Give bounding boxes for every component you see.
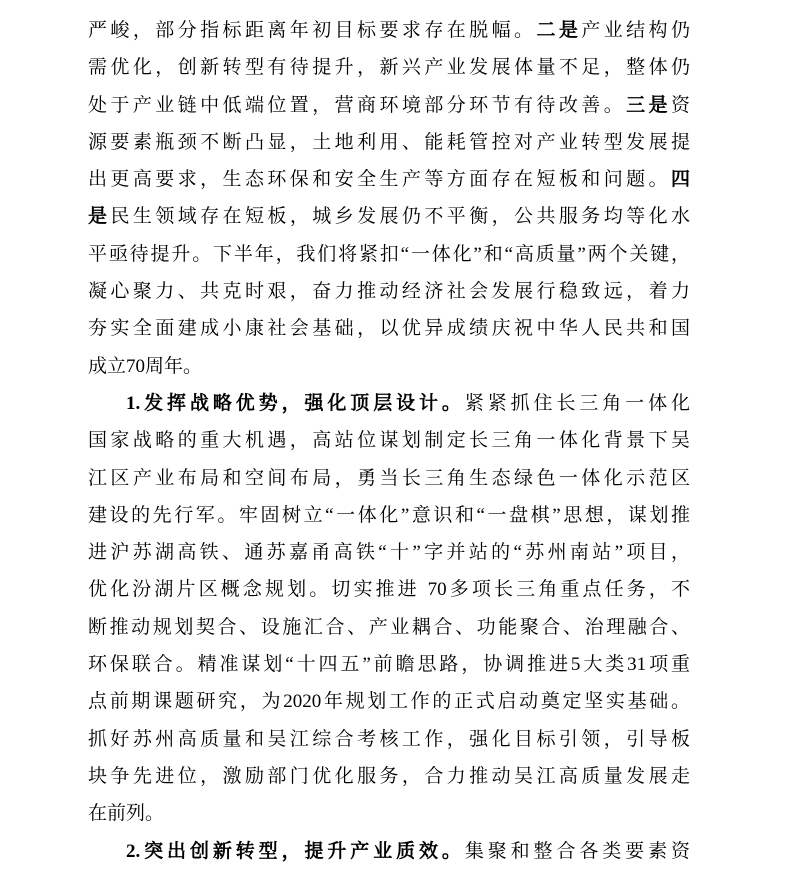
- text-run: 处于产业链中低端位置，营商环境部分环节有待改善。: [88, 95, 626, 116]
- text-block: 严峻，部分指标距离年初目标要求存在脱幅。二是产业结构仍需优化，创新转型有待提升，…: [88, 12, 690, 870]
- bold-text-run: 三是: [626, 95, 671, 116]
- text-run: 集聚和整合各类要素资: [465, 841, 690, 862]
- text-run: 块争先进位，激励部门优化服务，合力推动吴江高质量发展走: [88, 766, 690, 787]
- text-line: 源要素瓶颈不断凸显，土地利用、能耗管控对产业转型发展提: [88, 124, 690, 161]
- text-run: 断推动规划契合、设施汇合、产业耦合、功能聚合、治理融合、: [88, 617, 690, 638]
- text-line: 建设的先行军。牢固树立“一体化”意识和“一盘棋”思想，谋划推: [88, 497, 690, 534]
- text-line: 夯实全面建成小康社会基础，以优异成绩庆祝中华人民共和国: [88, 310, 690, 347]
- text-run: 出更高要求，生态环保和安全生产等方面存在短板和问题。: [88, 169, 671, 190]
- bold-text-run: 二是: [536, 20, 581, 41]
- text-line: 需优化，创新转型有待提升，新兴产业发展体量不足，整体仍: [88, 49, 690, 86]
- text-run: 优化汾湖片区概念规划。切实推进 70多项长三角重点任务，不: [88, 579, 690, 600]
- text-run: 建设的先行军。牢固树立“一体化”意识和“一盘棋”思想，谋划推: [88, 505, 690, 526]
- text-run: 抓好苏州高质量和吴江综合考核工作，强化目标引领，引导板: [88, 729, 690, 750]
- text-line: 国家战略的重大机遇，高站位谋划制定长三角一体化背景下吴: [88, 422, 690, 459]
- text-line: 是民生领域存在短板，城乡发展仍不平衡，公共服务均等化水: [88, 198, 690, 235]
- text-run: 江区产业布局和空间布局，勇当长三角生态绿色一体化示范区: [88, 468, 690, 489]
- text-line: 进沪苏湖高铁、通苏嘉甬高铁“十”字并站的“苏州南站”项目，: [88, 534, 690, 571]
- text-run: 国家战略的重大机遇，高站位谋划制定长三角一体化背景下吴: [88, 430, 690, 451]
- text-run: 环保联合。精准谋划“十四五”前瞻思路，协调推进5大类31项重: [88, 654, 690, 675]
- bold-text-run: 2.突出创新转型，提升产业质效。: [126, 841, 465, 862]
- text-run: 平亟待提升。下半年，我们将紧扣“一体化”和“高质量”两个关键，: [88, 244, 690, 265]
- text-line: 成立70周年。: [88, 348, 690, 385]
- text-line: 点前期课题研究，为2020年规划工作的正式启动奠定坚实基础。: [88, 683, 690, 720]
- bold-text-run: 四: [671, 169, 690, 190]
- text-run: 产业结构仍: [581, 20, 690, 41]
- text-run: 源要素瓶颈不断凸显，土地利用、能耗管控对产业转型发展提: [88, 132, 690, 153]
- text-line: 优化汾湖片区概念规划。切实推进 70多项长三角重点任务，不: [88, 571, 690, 608]
- text-run: 凝心聚力、共克时艰，奋力推动经济社会发展行稳致远，着力: [88, 281, 690, 302]
- text-line: 1.发挥战略优势，强化顶层设计。紧紧抓住长三角一体化: [88, 385, 690, 422]
- text-line: 严峻，部分指标距离年初目标要求存在脱幅。二是产业结构仍: [88, 12, 690, 49]
- text-run: 点前期课题研究，为2020年规划工作的正式启动奠定坚实基础。: [88, 691, 690, 712]
- text-line: 出更高要求，生态环保和安全生产等方面存在短板和问题。四: [88, 161, 690, 198]
- text-line: 处于产业链中低端位置，营商环境部分环节有待改善。三是资: [88, 87, 690, 124]
- text-run: 民生领域存在短板，城乡发展仍不平衡，公共服务均等化水: [110, 206, 690, 227]
- text-line: 2.突出创新转型，提升产业质效。集聚和整合各类要素资: [88, 833, 690, 870]
- text-line: 环保联合。精准谋划“十四五”前瞻思路，协调推进5大类31项重: [88, 646, 690, 683]
- bold-text-run: 是: [88, 206, 110, 227]
- text-line: 抓好苏州高质量和吴江综合考核工作，强化目标引领，引导板: [88, 721, 690, 758]
- text-line: 江区产业布局和空间布局，勇当长三角生态绿色一体化示范区: [88, 460, 690, 497]
- text-run: 需优化，创新转型有待提升，新兴产业发展体量不足，整体仍: [88, 57, 690, 78]
- bold-text-run: 1.发挥战略优势，强化顶层设计。: [126, 393, 465, 414]
- text-run: 夯实全面建成小康社会基础，以优异成绩庆祝中华人民共和国: [88, 318, 690, 339]
- text-line: 平亟待提升。下半年，我们将紧扣“一体化”和“高质量”两个关键，: [88, 236, 690, 273]
- text-line: 在前列。: [88, 795, 690, 832]
- text-line: 断推动规划契合、设施汇合、产业耦合、功能聚合、治理融合、: [88, 609, 690, 646]
- text-run: 成立70周年。: [88, 356, 202, 377]
- text-run: 在前列。: [88, 803, 164, 824]
- text-run: 紧紧抓住长三角一体化: [465, 393, 690, 414]
- text-run: 严峻，部分指标距离年初目标要求存在脱幅。: [88, 20, 536, 41]
- text-run: 进沪苏湖高铁、通苏嘉甬高铁“十”字并站的“苏州南站”项目，: [88, 542, 690, 563]
- text-line: 凝心聚力、共克时艰，奋力推动经济社会发展行稳致远，着力: [88, 273, 690, 310]
- text-line: 块争先进位，激励部门优化服务，合力推动吴江高质量发展走: [88, 758, 690, 795]
- text-run: 资: [671, 95, 690, 116]
- document-page: 严峻，部分指标距离年初目标要求存在脱幅。二是产业结构仍需优化，创新转型有待提升，…: [0, 0, 793, 896]
